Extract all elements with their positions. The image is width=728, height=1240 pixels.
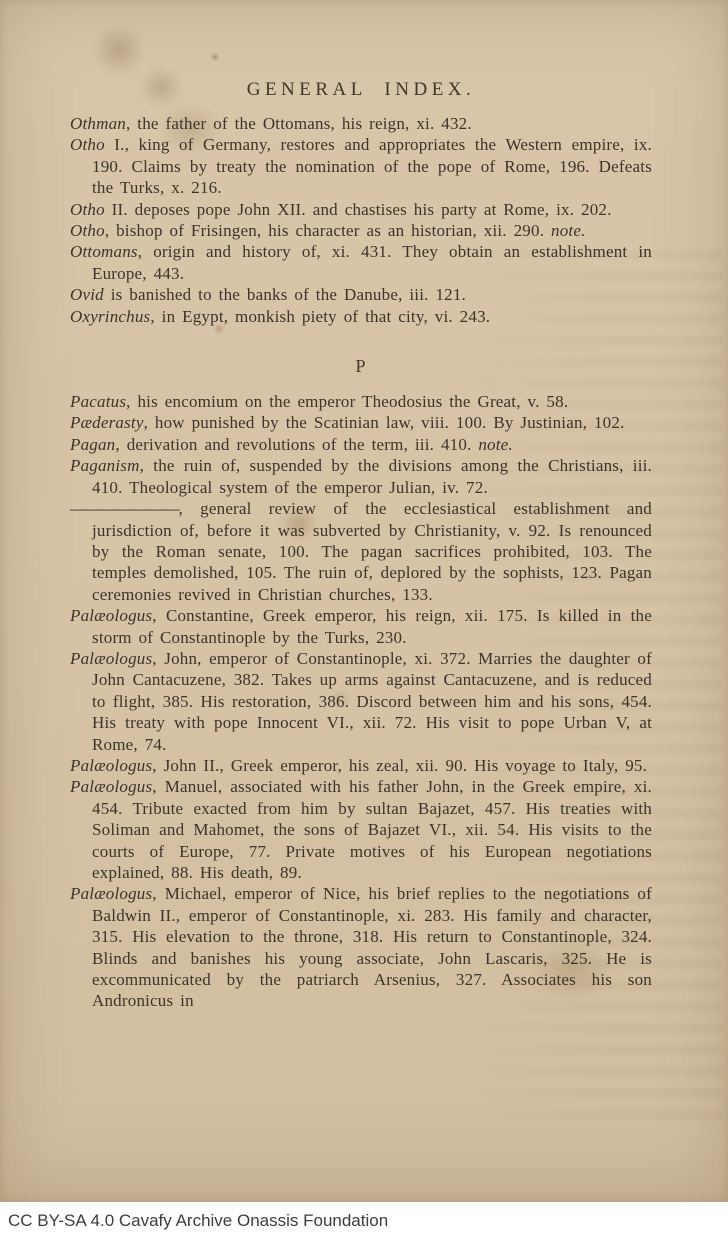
entry-text: is banished to the banks of the Danube, …: [104, 285, 466, 304]
entry-term: Oxyrinchus: [70, 307, 150, 326]
entry-text: , John, emperor of Constantinople, xi. 3…: [92, 649, 652, 754]
index-entries: Othman, the father of the Ottomans, his …: [70, 113, 652, 1012]
entry-text: I., king of Germany, restores and approp…: [92, 135, 652, 197]
entry-term: Ovid: [70, 285, 104, 304]
page-title: GENERAL INDEX.: [70, 80, 652, 100]
index-entry: Pagan, derivation and revolutions of the…: [70, 434, 652, 455]
entry-term: Palæologus: [70, 884, 152, 903]
entry-text: II. deposes pope John XII. and chastises…: [105, 200, 612, 219]
license-bar: CC BY-SA 4.0 Cavafy Archive Onassis Foun…: [0, 1202, 728, 1240]
index-entry: Pacatus, his encomium on the emperor The…: [70, 391, 652, 412]
entry-term: Palæologus: [70, 777, 152, 796]
entry-text: , in Egypt, monkish piety of that city, …: [150, 307, 490, 326]
entry-text: , his encomium on the emperor Theodosius…: [126, 392, 568, 411]
entry-dash: ———————: [70, 499, 179, 518]
entry-text: , origin and history of, xi. 431. They o…: [92, 242, 652, 282]
entry-text: , the ruin of, suspended by the division…: [92, 456, 652, 496]
foxing-stain: [210, 52, 220, 62]
index-entry: Ottomans, origin and history of, xi. 431…: [70, 241, 652, 284]
entry-text: , Manuel, associated with his father Joh…: [92, 777, 652, 882]
index-entry: Palæologus, John II., Greek emperor, his…: [70, 755, 652, 776]
index-entry: Otho I., king of Germany, restores and a…: [70, 134, 652, 198]
index-entry: Pæderasty, how punished by the Scatinian…: [70, 412, 652, 433]
page-content: GENERAL INDEX. Othman, the father of the…: [70, 80, 652, 1012]
foxing-stain: [82, 14, 156, 86]
entry-text: , bishop of Frisingen, his character as …: [105, 221, 551, 240]
entry-text: , how punished by the Scatinian law, vii…: [144, 413, 625, 432]
entry-text: , derivation and revolutions of the term…: [115, 435, 478, 454]
entry-term: Pagan: [70, 435, 115, 454]
index-entry: Palæologus, Manuel, associated with his …: [70, 776, 652, 883]
license-text: CC BY-SA 4.0 Cavafy Archive Onassis Foun…: [8, 1211, 388, 1231]
index-entry: Palæologus, Constantine, Greek emperor, …: [70, 605, 652, 648]
entry-term: Pacatus: [70, 392, 126, 411]
index-entry: Ovid is banished to the banks of the Dan…: [70, 284, 652, 305]
entry-term: Otho: [70, 221, 105, 240]
entry-text: , the father of the Ottomans, his reign,…: [126, 114, 472, 133]
entry-term: Ottomans: [70, 242, 138, 261]
entry-term: Paganism: [70, 456, 140, 475]
entry-term: note.: [478, 435, 513, 454]
entry-term: Otho: [70, 200, 105, 219]
entry-term: Othman: [70, 114, 126, 133]
index-entry: Palæologus, Michael, emperor of Nice, hi…: [70, 883, 652, 1011]
index-entry: Othman, the father of the Ottomans, his …: [70, 113, 652, 134]
scanned-book-page: GENERAL INDEX. Othman, the father of the…: [0, 0, 728, 1202]
entry-text: , John II., Greek emperor, his zeal, xii…: [152, 756, 647, 775]
entry-term: Palæologus: [70, 756, 152, 775]
entry-term: Palæologus: [70, 606, 152, 625]
entry-text: , Michael, emperor of Nice, his brief re…: [92, 884, 652, 1010]
entry-term: Palæologus: [70, 649, 152, 668]
entry-term: Otho: [70, 135, 105, 154]
entry-term: Pæderasty: [70, 413, 144, 432]
section-heading: P: [70, 356, 652, 376]
index-entry: Palæologus, John, emperor of Constantino…: [70, 648, 652, 755]
entry-term: note.: [551, 221, 586, 240]
index-entry: ———————, general review of the ecclesias…: [70, 498, 652, 605]
index-entry: Otho II. deposes pope John XII. and chas…: [70, 199, 652, 220]
entry-text: , Constantine, Greek emperor, his reign,…: [92, 606, 652, 646]
index-entry: Otho, bishop of Frisingen, his character…: [70, 220, 652, 241]
index-entry: Oxyrinchus, in Egypt, monkish piety of t…: [70, 306, 652, 327]
index-entry: Paganism, the ruin of, suspended by the …: [70, 455, 652, 498]
